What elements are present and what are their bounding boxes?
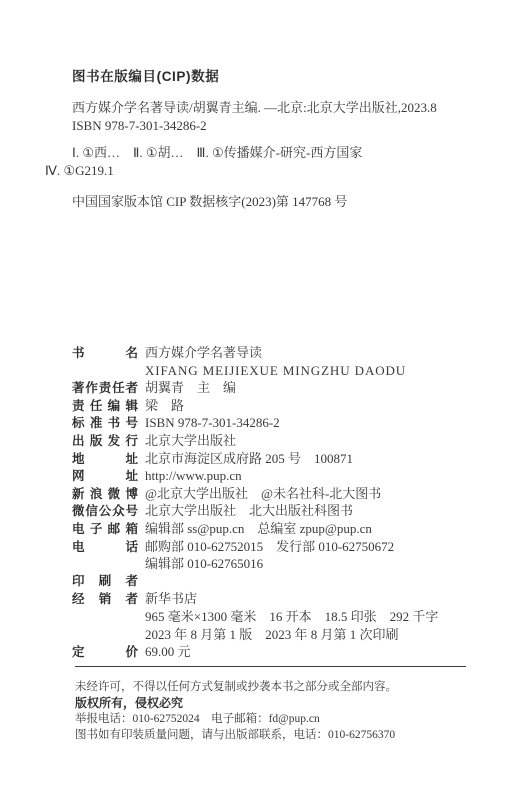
cip-classification-line2: Ⅳ. ①G219.1 <box>45 162 467 180</box>
notice-no-copy: 未经许可，不得以任何方式复制或抄袭本书之部分或全部内容。 <box>75 679 467 695</box>
info-row-wechat: 微信公众号 北京大学出版社 北大出版社科图书 <box>72 502 467 520</box>
notice-quality: 图书如有印装质量问题，请与出版部联系，电话：010-62756370 <box>75 727 467 743</box>
info-label-weibo: 新浪微博 <box>72 486 138 504</box>
info-value-isbn: ISBN 978-7-301-34286-2 <box>145 414 280 432</box>
info-value-editor: 梁 路 <box>145 397 184 415</box>
info-value-wechat: 北京大学出版社 北大出版社科图书 <box>145 502 353 520</box>
cip-block: 图书在版编目(CIP)数据 西方媒介学名著导读/胡翼青主编. —北京:北京大学出… <box>72 68 467 211</box>
info-value-price: 69.00 元 <box>145 643 191 661</box>
info-value-phone: 邮购部 010-62752015 发行部 010-62750672 <box>145 538 394 556</box>
info-value-format: 965 毫米×1300 毫米 16 开本 18.5 印张 292 千字 <box>145 608 438 626</box>
info-row-distributor: 经销者 新华书店 <box>72 590 467 608</box>
info-value-publisher: 北京大学出版社 <box>145 432 236 450</box>
notice-copyright: 版权所有，侵权必究 <box>75 695 467 711</box>
info-label-email: 电子邮箱 <box>72 521 138 539</box>
info-row-pinyin-title: XIFANG MEIJIEXUE MINGZHU DAODU <box>72 362 467 380</box>
info-label-address: 地址 <box>72 451 138 469</box>
info-value-edition: 2023 年 8 月第 1 版 2023 年 8 月第 1 次印刷 <box>145 626 399 644</box>
info-label-book-title: 书名 <box>72 345 138 363</box>
info-value-website: http://www.pup.cn <box>145 467 242 485</box>
info-row-phone: 电话 邮购部 010-62752015 发行部 010-62750672 <box>72 538 467 556</box>
info-row-publisher: 出版发行 北京大学出版社 <box>72 432 467 450</box>
info-label-isbn: 标准书号 <box>72 415 138 433</box>
divider-rule <box>75 666 466 667</box>
cip-description: 西方媒介学名著导读/胡翼青主编. —北京:北京大学出版社,2023.8 <box>72 99 467 117</box>
info-value-distributor: 新华书店 <box>145 590 197 608</box>
info-row-weibo: 新浪微博 @北京大学出版社 @未名社科-北大图书 <box>72 485 467 503</box>
info-row-website: 网址 http://www.pup.cn <box>72 467 467 485</box>
notice-report: 举报电话：010-62752024 电子邮箱：fd@pup.cn <box>75 711 467 727</box>
info-row-author: 著作责任者 胡翼青 主 编 <box>72 379 467 397</box>
info-label-editor: 责任编辑 <box>72 398 138 416</box>
info-label-phone: 电话 <box>72 539 138 557</box>
info-row-edition: 2023 年 8 月第 1 版 2023 年 8 月第 1 次印刷 <box>72 626 467 644</box>
info-row-phone-cont: 编辑部 010-62765016 <box>72 555 467 573</box>
cip-header: 图书在版编目(CIP)数据 <box>72 68 467 86</box>
info-value-book-title: 西方媒介学名著导读 <box>145 344 262 362</box>
info-label-printer: 印刷者 <box>72 573 138 591</box>
info-value-weibo: @北京大学出版社 @未名社科-北大图书 <box>145 485 381 503</box>
info-value-phone-cont: 编辑部 010-62765016 <box>145 555 263 573</box>
info-row-editor: 责任编辑 梁 路 <box>72 397 467 415</box>
info-row-format: 965 毫米×1300 毫米 16 开本 18.5 印张 292 千字 <box>72 608 467 626</box>
info-value-email: 编辑部 ss@pup.cn 总编室 zpup@pup.cn <box>145 520 372 538</box>
cip-isbn: ISBN 978-7-301-34286-2 <box>72 117 467 135</box>
info-label-distributor: 经销者 <box>72 591 138 609</box>
info-row-price: 定价 69.00 元 <box>72 643 467 661</box>
info-value-author: 胡翼青 主 编 <box>145 379 236 397</box>
info-label-price: 定价 <box>72 644 138 662</box>
cip-classification: Ⅰ. ①西… Ⅱ. ①胡… Ⅲ. ①传播媒介-研究-西方国家 Ⅳ. ①G219.… <box>72 144 467 180</box>
info-row-isbn: 标准书号 ISBN 978-7-301-34286-2 <box>72 414 467 432</box>
cip-paragraph: 西方媒介学名著导读/胡翼青主编. —北京:北京大学出版社,2023.8 ISBN… <box>72 99 467 135</box>
info-row-email: 电子邮箱 编辑部 ss@pup.cn 总编室 zpup@pup.cn <box>72 520 467 538</box>
copyright-page: 图书在版编目(CIP)数据 西方媒介学名著导读/胡翼青主编. —北京:北京大学出… <box>0 0 517 800</box>
cip-record-number: 中国国家版本馆 CIP 数据核字(2023)第 147768 号 <box>72 193 467 211</box>
info-row-printer: 印刷者 <box>72 573 467 591</box>
info-row-book-title: 书名 西方媒介学名著导读 <box>72 344 467 362</box>
notice-block: 未经许可，不得以任何方式复制或抄袭本书之部分或全部内容。 版权所有，侵权必究 举… <box>75 679 467 744</box>
info-label-author: 著作责任者 <box>72 380 138 398</box>
info-value-pinyin-title: XIFANG MEIJIEXUE MINGZHU DAODU <box>145 362 406 380</box>
info-row-address: 地址 北京市海淀区成府路 205 号 100871 <box>72 450 467 468</box>
cip-classification-line1: Ⅰ. ①西… Ⅱ. ①胡… Ⅲ. ①传播媒介-研究-西方国家 <box>72 144 467 162</box>
info-label-wechat: 微信公众号 <box>72 503 138 521</box>
book-info-block: 书名 西方媒介学名著导读 XIFANG MEIJIEXUE MINGZHU DA… <box>72 344 467 661</box>
info-label-publisher: 出版发行 <box>72 433 138 451</box>
info-value-address: 北京市海淀区成府路 205 号 100871 <box>145 450 353 468</box>
info-label-website: 网址 <box>72 468 138 486</box>
